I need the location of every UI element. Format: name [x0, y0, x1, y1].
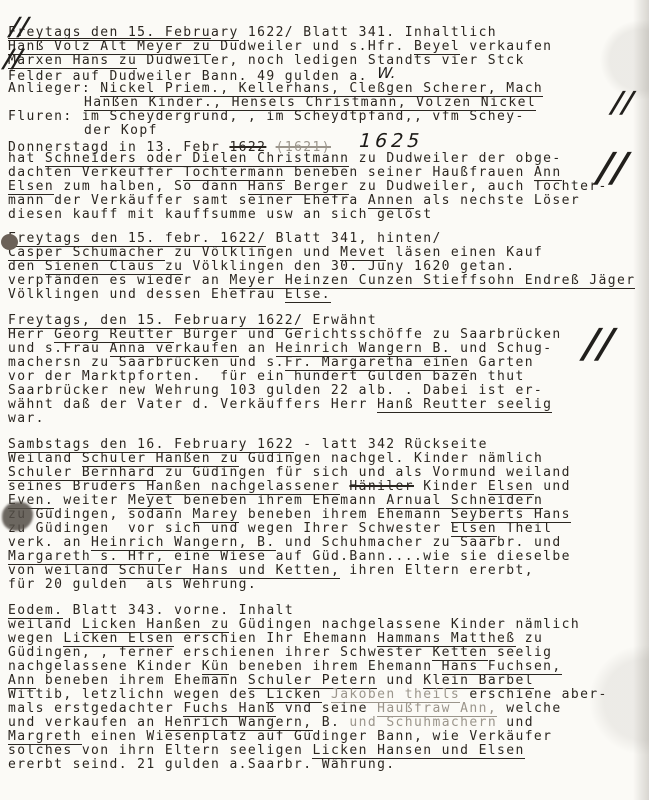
text-segment: zu — [516, 631, 544, 646]
paragraph: Freytags, den 15. February 1622/ Erwähnt… — [8, 314, 649, 426]
paragraph: Freytags den 15. February 1622/ Blatt 34… — [8, 26, 649, 222]
text-line: Hanßen Kinder., Hensels Christmann, Volz… — [8, 96, 649, 110]
text-segment: dachten Verkeuffer — [8, 165, 183, 180]
text-line: von weiland Schuler Hans und Ketten, ihr… — [8, 564, 649, 578]
text-line: machersn zu Saarbrücken und s.Fr. Margar… — [8, 356, 649, 370]
text-line: für 20 gulden als Wehrung. — [8, 578, 649, 592]
text-line: Freytags den 15. febr. 1622/ Blatt 341, … — [8, 232, 649, 246]
text-line: und verkaufen an Henrich Wangern, B. und… — [8, 716, 649, 730]
text-segment: Dudweiler und s.Hfr. — [211, 39, 414, 54]
text-segment: mals erstgedachter — [8, 701, 183, 716]
text-segment: ererbt seind. 21 gulden a.Saarbr. Währun… — [8, 757, 396, 772]
text-segment: und s.Frau — [8, 341, 110, 356]
text-segment: Garten — [469, 355, 534, 370]
text-segment: und verkaufen an — [8, 715, 165, 730]
text-segment: Güdingen nachgelassene Kinder nämlich — [229, 617, 580, 632]
text-line: ererbt seind. 21 gulden a.Saarbr. Währun… — [8, 758, 649, 772]
text-segment: B. — [313, 715, 350, 730]
text-segment: Güdingen nachgel. Kinder nämlich — [239, 451, 543, 466]
text-segment: Herr — [8, 327, 54, 342]
text-segment: und Schuhmachern — [349, 715, 497, 730]
text-segment: Blatt 341, hinten/ — [266, 231, 441, 246]
text-line: Anlieger: Nickel Priem., Kellerhans, Cle… — [8, 82, 649, 96]
text-segment: beneben ihrem Ehemann — [229, 659, 441, 674]
text-segment: als nechste Löser — [414, 193, 580, 208]
text-segment: Dudweiler, noch ledigen Standts vier Stc… — [137, 53, 525, 68]
paragraph: Eodem. Blatt 343. vorne. Inhaltweiland L… — [8, 604, 649, 772]
text-segment: von weiland — [8, 563, 119, 578]
text-line: war. — [8, 412, 649, 426]
text-segment: und Schuhmacher zu Saarbr. und — [276, 535, 562, 550]
text-line: Elsen zum halben, So dann Hans Berger zu… — [8, 180, 649, 194]
text-segment: zu Güdingen, sodann — [8, 507, 193, 522]
text-segment: verkaufen — [460, 39, 552, 54]
text-segment: beneben seiner Haußfrauen — [285, 165, 534, 180]
text-line: Güdingen, , ferner erschienen ihrer Schw… — [8, 646, 649, 660]
text-segment: Häniler — [349, 479, 414, 494]
text-segment: an — [239, 341, 276, 356]
text-segment: welche — [497, 701, 562, 716]
text-segment: beneben ihrem Ehemann — [36, 673, 248, 688]
text-segment: zu Güdingen vor sich und wegen Ihrer Sch… — [8, 521, 451, 536]
text-line: mann der Verkäuffer samt seiner Ehefra A… — [8, 194, 649, 208]
ink-dot-mark — [1, 234, 18, 250]
text-segment: seines Bruders — [8, 479, 146, 494]
text-segment: beneben ihrem Ehemann — [239, 507, 451, 522]
text-segment: Erwähnt — [303, 313, 377, 328]
text-segment: hat — [8, 151, 45, 166]
handwritten-text: W. — [375, 66, 398, 80]
text-segment: Wittib, letzlichn wegen des — [8, 687, 266, 702]
text-line: Ann beneben ihrem Ehemann Schuler Petern… — [8, 674, 649, 688]
text-line: Sambstags den 16. February 1622 - latt 3… — [8, 438, 649, 452]
text-segment: nachgelassene Kinder — [8, 659, 202, 674]
text-line: Fluren: im Scheydergrund, , im Scheydtpf… — [8, 110, 649, 124]
text-segment: ihren Eltern ererbt, — [340, 563, 534, 578]
text-line: Wittib, letzlichn wegen des Licken Jakob… — [8, 688, 649, 702]
paragraph: Freytags den 15. febr. 1622/ Blatt 341, … — [8, 232, 649, 302]
text-segment: - latt 342 Rückseite — [294, 437, 488, 452]
text-segment: Else. — [285, 287, 331, 303]
text-segment: verk. an — [8, 535, 91, 550]
text-segment: vnd seine — [276, 701, 378, 716]
text-line: Felder auf Dudweiler Bann. 49 gulden a. … — [8, 68, 649, 82]
text-line: Freytags, den 15. February 1622/ Erwähnt — [8, 314, 649, 328]
text-segment: für 20 gulden als Wehrung. — [8, 577, 257, 592]
text-line: nachgelassene Kinder Kün beneben ihrem E… — [8, 660, 649, 674]
text-segment: war. — [8, 411, 45, 426]
text-line: Herr Georg Reutter Bürger und Gerichtssc… — [8, 328, 649, 342]
text-line: Völklingen und dessen Ehefrau Else. — [8, 288, 649, 302]
text-line: seines Bruders Hanßen nachgelassener Hän… — [8, 480, 649, 494]
text-line: Hanß Volz Alt Meyer zu Dudweiler und s.H… — [8, 40, 649, 54]
text-segment: Anlieger: — [8, 81, 100, 96]
text-segment: beneben ihrem Ehemann — [174, 493, 386, 508]
document-page: Freytags den 15. February 1622/ Blatt 34… — [0, 0, 649, 800]
text-segment: und — [497, 715, 534, 730]
text-segment: zu Dudweiler, auch Tochter- — [349, 179, 607, 194]
text-segment: Kinder — [414, 479, 488, 494]
text-segment: erschien Ihr Ehemann — [174, 631, 377, 646]
text-line: Schuler Bernhard zu Güdingen für sich un… — [8, 466, 649, 480]
text-segment: Marxen Hans zu — [8, 53, 137, 69]
text-line: Margareth s. Hfr, eine Wiese auf Güd.Ban… — [8, 550, 649, 564]
text-line: verpfänden es wieder an Meyer Heinzen Cu… — [8, 274, 649, 288]
text-line: Even. weiter Meyet beneben ihrem Ehemann… — [8, 494, 649, 508]
text-line: zu Güdingen vor sich und wegen Ihrer Sch… — [8, 522, 649, 536]
text-line: Eodem. Blatt 343. vorne. Inhalt — [8, 604, 649, 618]
text-line: der Kopf — [8, 124, 649, 138]
text-line: mals erstgedachter Fuchs Hanß vnd seine … — [8, 702, 649, 716]
text-segment: den — [8, 259, 45, 274]
text-segment: läsen einen Kauf — [386, 245, 543, 260]
text-segment: und — [534, 479, 571, 494]
text-line: vor der Marktpforten. für ein hundert Gu… — [8, 370, 649, 384]
text-line: solches von ihrn Eltern seeligen Licken … — [8, 744, 649, 758]
text-line: Saarbrücker new Wehrung 103 gulden 22 al… — [8, 384, 649, 398]
text-segment: erschiene aber- — [460, 687, 608, 702]
text-line: Margreth einen Wiesenplatz auf Güdinger … — [8, 730, 649, 744]
text-line: den Sienen Claus zu Völklingen den 30. J… — [8, 260, 649, 274]
text-segment: und Schug- — [451, 341, 553, 356]
text-line: und s.Frau Anna verkaufen an Heinrich Wa… — [8, 342, 649, 356]
handwritten-text: 1625 — [357, 134, 425, 148]
text-segment: wegen — [8, 631, 63, 646]
text-line: zu Güdingen, sodann Marey beneben ihrem … — [8, 508, 649, 522]
text-segment: vor der Marktpforten. für ein hundert Gu… — [8, 369, 525, 384]
text-segment: Blatt 343. vorne. Inhalt — [63, 603, 294, 618]
text-segment: seelig — [488, 645, 553, 660]
text-segment: der Kopf — [84, 123, 158, 138]
text-line: Casper Schumacher zu Völklingen und Meve… — [8, 246, 649, 260]
text-line: dachten Verkeuffer Tochtermann beneben s… — [8, 166, 649, 180]
paragraph: Sambstags den 16. February 1622 - latt 3… — [8, 438, 649, 592]
text-segment: zu Güdingen für sich und als Vormund wei… — [156, 465, 571, 480]
text-line: wegen Licken Elsen erschien Ihr Ehemann … — [8, 632, 649, 646]
text-segment: solches von ihrn Eltern seeligen — [8, 743, 312, 758]
text-segment: zum halben, So dann — [54, 179, 248, 194]
text-line: Weiland Schuler Hanßen zu Güdingen nachg… — [8, 452, 649, 466]
text-line: wähnt daß der Vater d. Verkäuffers Herr … — [8, 398, 649, 412]
text-segment: weiland — [8, 617, 82, 632]
text-segment: und — [377, 673, 423, 688]
text-segment: 1622/ Blatt 341. Inhaltlich — [239, 25, 497, 40]
text-segment: weiter — [54, 493, 128, 508]
text-line: hat Schneiders oder Dielen Christmann zu… — [8, 152, 649, 166]
text-segment: zu Dudweiler der obge- — [349, 151, 561, 166]
text-line: Marxen Hans zu Dudweiler, noch ledigen S… — [8, 54, 649, 68]
text-segment: wähnt daß der Vater d. Verkäuffers Herr — [8, 397, 377, 412]
text-segment: Hanß Reutter seelig — [377, 397, 552, 413]
text-segment: zu Völklingen und — [165, 245, 340, 260]
text-segment: einen Wiesenplatz auf Güdinger Bann, wie… — [82, 729, 553, 744]
text-line: verk. an Heinrich Wangern, B. und Schuhm… — [8, 536, 649, 550]
text-segment: Fluren: im Scheydergrund, , im Scheydtpf… — [8, 109, 525, 124]
text-segment: diesen kauff mit kauffsumme usw an sich … — [8, 207, 432, 222]
text-segment: Weiland — [8, 451, 82, 466]
text-line: weiland Licken Hanßen zu Güdingen nachge… — [8, 618, 649, 632]
text-segment: Bürger und Gerichtsschöffe zu Saarbrücke… — [174, 327, 562, 342]
text-segment: mann der Verkäuffer samt seiner Ehefra — [8, 193, 368, 208]
text-segment: Völklingen und dessen Ehefrau — [8, 287, 285, 302]
text-segment — [322, 687, 331, 702]
text-segment: Theil — [497, 521, 552, 536]
text-segment: Güdingen, , ferner erschienen ihrer Schw… — [8, 645, 432, 660]
text-line: diesen kauff mit kauffsumme usw an sich … — [8, 208, 649, 222]
text-line: Donnerstagd in 13. Febr 1622 (1621) 1625 — [8, 138, 649, 152]
text-segment: verpfänden es wieder an — [8, 273, 229, 288]
text-segment: machersn zu Saarbrücken und s. — [8, 355, 285, 370]
text-segment: eine Wiese auf Güd.Bann....wie sie diese… — [165, 549, 571, 564]
text-segment: Saarbrücker new Wehrung 103 gulden 22 al… — [8, 383, 543, 398]
text-segment: Völklingen den 30. Juny 1620 getan. — [183, 259, 515, 274]
